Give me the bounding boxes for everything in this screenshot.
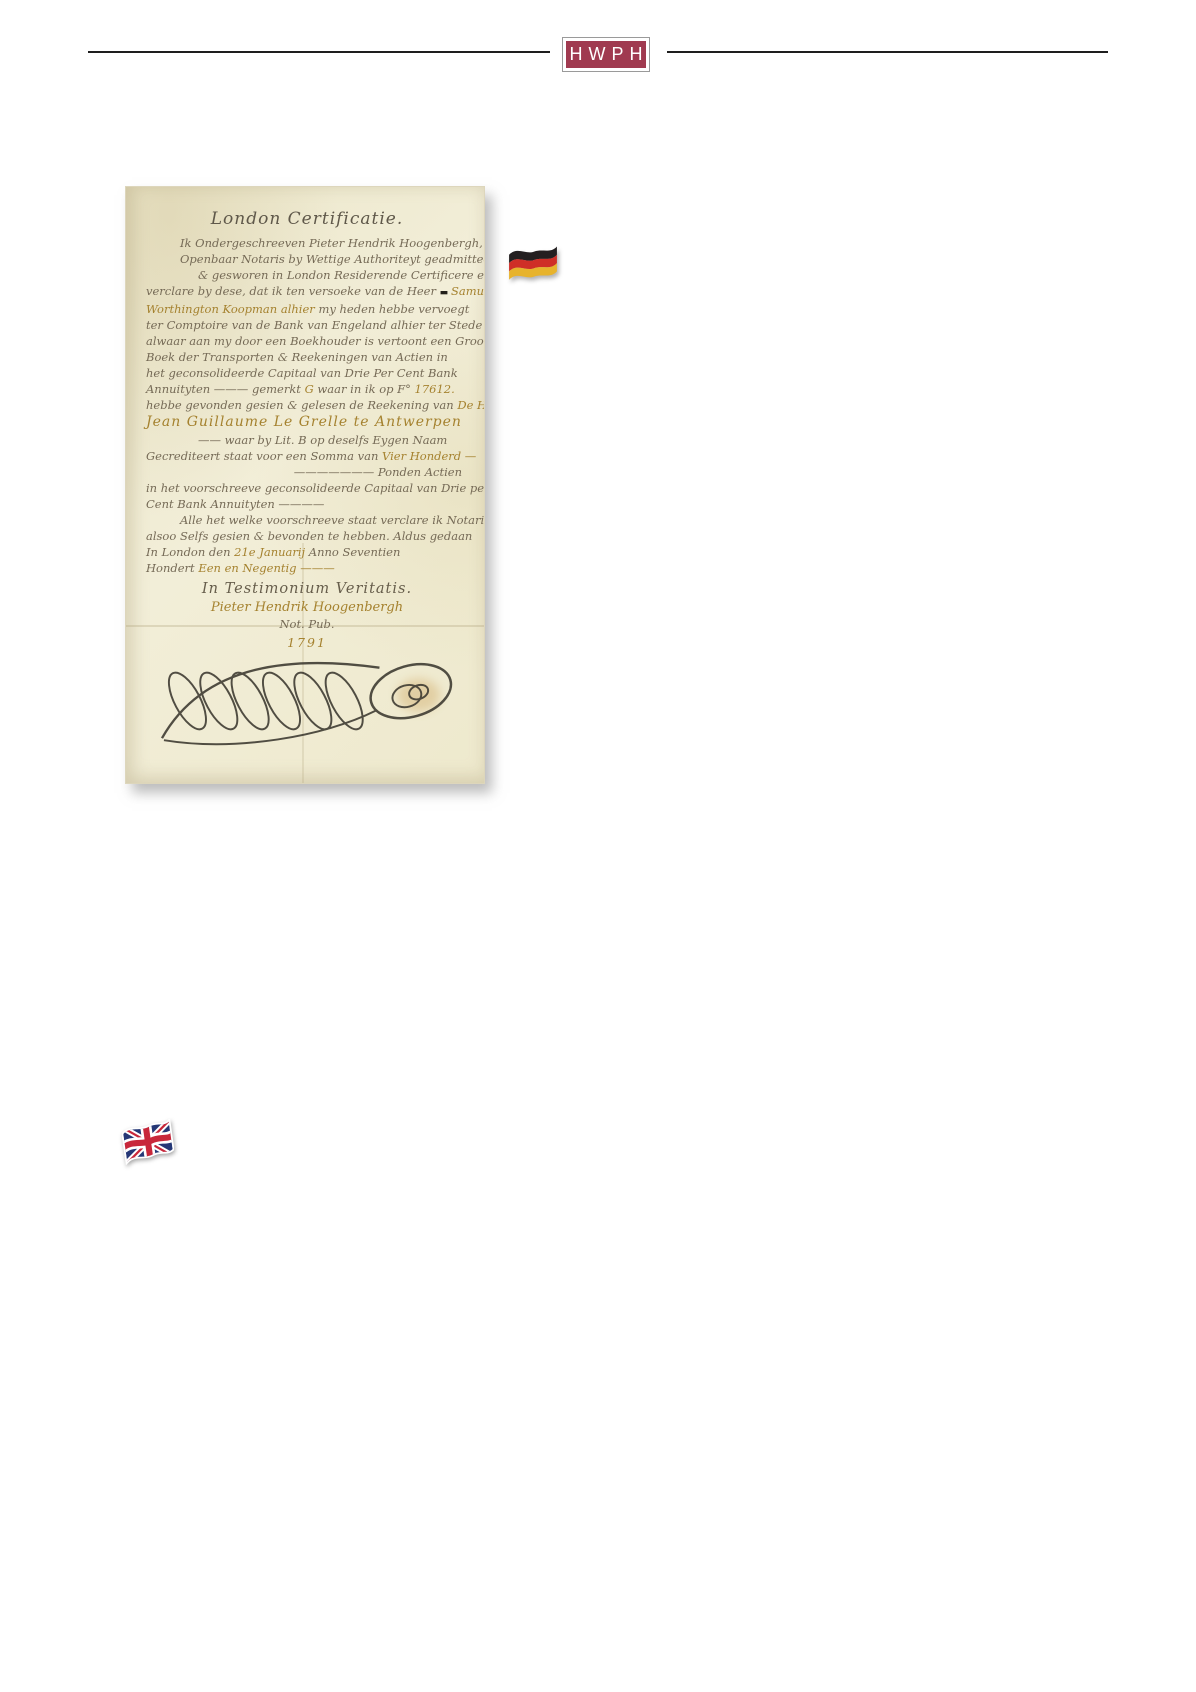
document-text-line: Cent Bank Annuityten ————: [146, 496, 468, 512]
document-text-line: Jean Guillaume Le Grelle te Antwerpen: [146, 413, 468, 432]
document-text-line: in het voorschreeve geconsolideerde Capi…: [146, 480, 468, 496]
hwph-logo: HWPH: [562, 37, 650, 72]
certificate-content: London Certificatie. Ik Ondergeschreeven…: [126, 187, 484, 752]
header-rule-right: [667, 51, 1108, 53]
document-text-line: Worthington Koopman alhier my heden hebb…: [146, 301, 468, 317]
document-text-line: Annuityten ——— gemerkt G waar in ik op F…: [146, 381, 468, 397]
calligraphic-flourish-icon: [148, 652, 468, 752]
document-year: 1791: [146, 635, 468, 650]
certificate-title: London Certificatie.: [146, 209, 468, 229]
document-text-line: & gesworen in London Residerende Certifi…: [146, 267, 468, 283]
document-text-line: hebbe gevonden gesien & gelesen de Reeke…: [146, 397, 468, 413]
uk-flag-icon: [122, 1119, 174, 1165]
document-text-line: Openbaar Notaris by Wettige Authoriteyt …: [146, 251, 468, 267]
catalog-page: HWPH London Certificatie. Ik Ondergeschr…: [0, 0, 1196, 1692]
document-text-line: ter Comptoire van de Bank van Engeland a…: [146, 317, 468, 333]
document-text-line: Alle het welke voorschreeve staat vercla…: [146, 512, 468, 528]
document-text-line: verclare by dese, dat ik ten versoeke va…: [146, 283, 468, 301]
certificate-photo: London Certificatie. Ik Ondergeschreeven…: [125, 186, 485, 784]
document-text-line: ——————— Ponden Actien: [146, 464, 468, 480]
document-text-line: Hondert Een en Negentig ———: [146, 560, 468, 576]
document-text-line: alsoo Selfs gesien & bevonden te hebben.…: [146, 528, 468, 544]
header-rule-left: [88, 51, 550, 53]
hwph-logo-text: HWPH: [564, 44, 649, 65]
german-flag-icon: [507, 241, 559, 281]
document-text-line: Gecrediteert staat voor een Somma van Vi…: [146, 448, 468, 464]
notary-title: Not. Pub.: [146, 617, 468, 631]
document-text-line: —— waar by Lit. B op deselfs Eygen Naam: [146, 432, 468, 448]
hwph-logo-box: HWPH: [566, 41, 646, 68]
document-text-line: het geconsolideerde Capitaal van Drie Pe…: [146, 365, 468, 381]
document-text-line: In London den 21e Januarij Anno Seventie…: [146, 544, 468, 560]
notary-signature: Pieter Hendrik Hoogenbergh: [146, 600, 468, 615]
document-text-line: Ik Ondergeschreeven Pieter Hendrik Hooge…: [146, 235, 468, 251]
document-text-line: Boek der Transporten & Reekeningen van A…: [146, 349, 468, 365]
attestation-line: In Testimonium Veritatis.: [146, 581, 468, 597]
document-text-line: alwaar aan my door een Boekhouder is ver…: [146, 333, 468, 349]
certificate-body: Ik Ondergeschreeven Pieter Hendrik Hooge…: [146, 235, 468, 576]
